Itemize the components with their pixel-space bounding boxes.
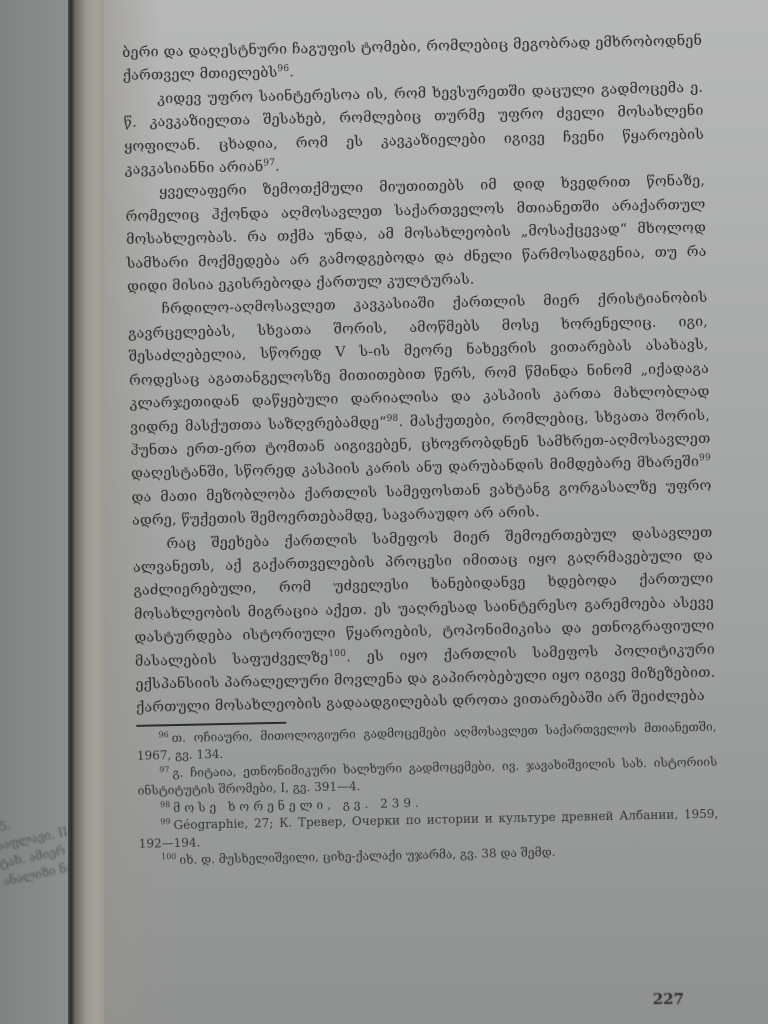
footnote-number: 97	[159, 765, 169, 774]
book-photo: ოლობიბასთაელირისკლინიბიიკადთისშიესათლიტრ…	[0, 0, 768, 1024]
footnote-ref: 100	[328, 648, 346, 658]
footnote-ref: 96	[277, 64, 289, 74]
footnote-ref: 98	[386, 413, 398, 423]
paragraph-text: ბერი და დაღესტნური ჩაგუფის ტომები, რომლე…	[122, 33, 702, 85]
paragraph-text: ყველაფერი ზემოთქმული მიუთითებს იმ დიდ ხვ…	[125, 173, 706, 295]
paragraph-4: ჩრდილო-აღმოსავლეთ კავკასიაში ქართლის მიე…	[127, 287, 712, 533]
footnote-ref: 99	[699, 453, 711, 463]
paragraph-tail: .	[470, 272, 475, 288]
book-spine-gutter	[68, 0, 108, 1024]
footnotes: 96თ. ოჩიაური, მითოლოგიური გადმოცემები აღ…	[136, 718, 719, 870]
footnote-number: 100	[161, 852, 176, 861]
footnote-ref: 97	[263, 158, 275, 168]
paragraph-3: ყველაფერი ზემოთქმული მიუთითებს იმ დიდ ხვ…	[125, 170, 707, 299]
footnote-number: 99	[160, 817, 170, 826]
footnote-number: 96	[158, 730, 168, 739]
paragraph-tail: .	[275, 159, 280, 175]
footnote-divider	[136, 721, 286, 726]
page-body: ბერი და დაღესტნური ჩაგუფის ტომები, რომლე…	[122, 30, 719, 871]
paragraph-5: რაც შეეხება ქართლის სამეფოს მიერ შემოერთ…	[132, 521, 716, 720]
paragraph-tail: და მათი მეზობლობა ქართლის სამეფოსთან ვახ…	[131, 477, 711, 529]
right-page: ბერი და დაღესტნური ჩაგუფის ტომები, რომლე…	[104, 0, 768, 1024]
paragraph-tail: .	[289, 65, 294, 81]
footnote-number: 98	[160, 800, 170, 809]
paragraph-2: კიდევ უფრო საინტერესოა ის, რომ ხევსურეთშ…	[123, 77, 705, 183]
page-number: 227	[653, 990, 684, 1008]
paragraph-text: კიდევ უფრო საინტერესოა ის, რომ ხევსურეთშ…	[124, 80, 705, 178]
